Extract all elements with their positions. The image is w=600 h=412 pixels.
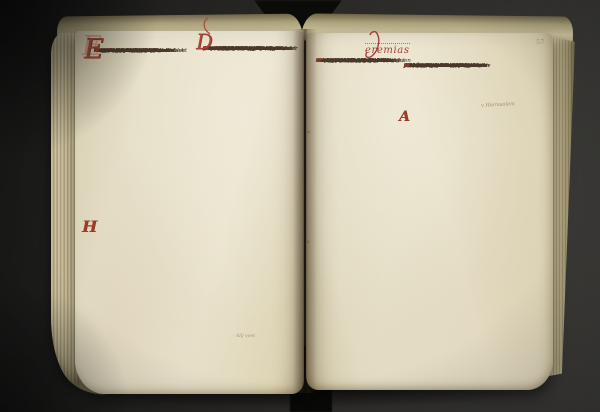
manuscript-line: Daer no ginghe si cor yet bange — [404, 63, 484, 70]
manuscript-line: Ariman men daer te vinde naer — [94, 48, 173, 55]
decorated-initial-D: D — [196, 32, 213, 53]
decorated-initial-E: E — [84, 36, 104, 63]
rubricated-initial-A: A — [399, 110, 410, 124]
manuscript-photo: E D H nde voer sede hi plage en vloetDae… — [0, 0, 600, 412]
rubricated-initial-H: H — [82, 219, 97, 235]
verso-page: E D H nde voer sede hi plage en vloetDae… — [75, 31, 304, 394]
manuscript-line: Dusschen mange wijse ghesent — [316, 58, 395, 65]
heading-text: eremias — [365, 43, 410, 56]
margin-rubric-mark-1: a — [307, 129, 310, 135]
folio-number: 57 — [536, 38, 545, 46]
recto-page: eremias 57 A Ghemerct soect aen daer waG… — [306, 33, 553, 390]
margin-rubric-mark-2: s — [307, 239, 310, 245]
verso-footnote-annotation: · Alij voet — [233, 334, 255, 339]
margin-annotation: v Hierusalem — [481, 101, 515, 109]
